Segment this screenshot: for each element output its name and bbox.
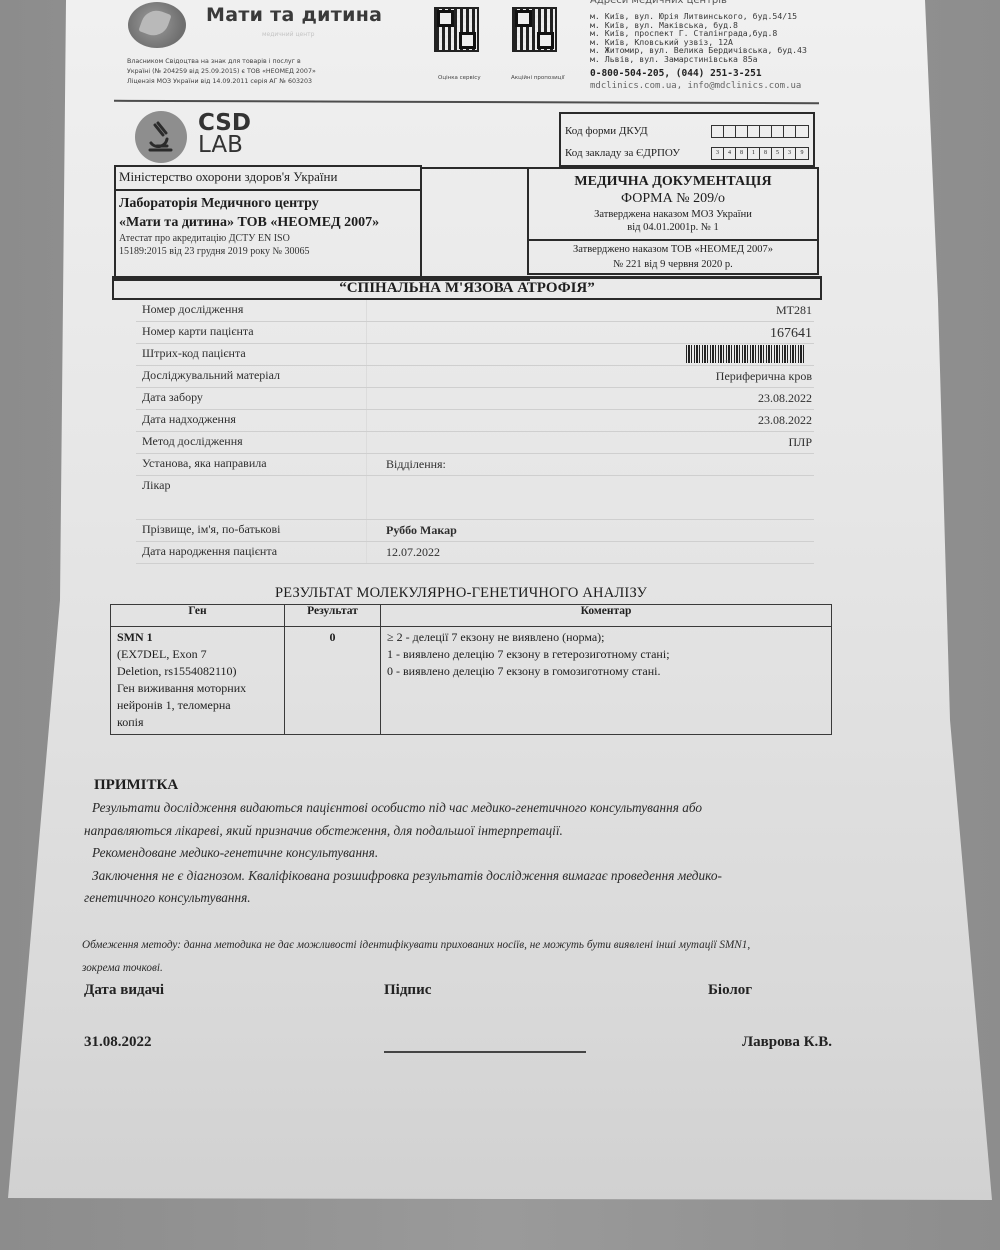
document-title: “СПІНАЛЬНА М'ЯЗОВА АТРОФІЯ” bbox=[112, 276, 822, 300]
code-cell: 1 bbox=[748, 148, 760, 159]
material-value: Периферична кров bbox=[716, 369, 812, 384]
address-item: м. Львів, вул. Замарстинівська 85а bbox=[590, 55, 860, 64]
code-cell bbox=[712, 126, 724, 137]
field-label: Номер карти пацієнта bbox=[142, 324, 254, 339]
code-cell bbox=[736, 126, 748, 137]
info-row-receipt-date: Дата надходження 23.08.2022 bbox=[136, 410, 814, 432]
institution-block: Міністерство охорони здоров'я України Ла… bbox=[114, 165, 422, 281]
info-row-card-number: Номер карти пацієнта 167641 bbox=[136, 322, 814, 344]
field-label: Лікар bbox=[142, 478, 170, 493]
owner-line: Власником Свідоцтва на знак для товарів … bbox=[127, 57, 407, 67]
table-row: SMN 1 (EX7DEL, Exon 7 Deletion, rs155408… bbox=[111, 627, 832, 735]
field-label: Штрих-код пацієнта bbox=[142, 346, 246, 361]
owner-line: Ліцензія МОЗ України від 14.09.2011 сері… bbox=[127, 77, 407, 87]
code-cell: 3 bbox=[784, 148, 796, 159]
qr-caption-offers: Акційні пропозиції bbox=[511, 75, 565, 81]
department-label: Відділення: bbox=[386, 457, 446, 472]
field-label: Дата забору bbox=[142, 390, 203, 405]
field-label: Установа, яка направила bbox=[142, 456, 267, 471]
qr-code-icon[interactable] bbox=[512, 7, 557, 52]
dkud-label: Код форми ДКУД bbox=[565, 125, 648, 137]
lab-name-line: «Мати та дитина» ТОВ «НЕОМЕД 2007» bbox=[119, 213, 417, 232]
column-header-gene: Ген bbox=[111, 605, 285, 627]
biologist-name: Лаврова К.В. bbox=[742, 1034, 832, 1051]
form-info-block: МЕДИЧНА ДОКУМЕНТАЦІЯ ФОРМА № 209/о Затве… bbox=[527, 167, 819, 275]
brand-subtitle: медичний центр bbox=[262, 31, 314, 38]
field-label: Дата народження пацієнта bbox=[142, 544, 277, 559]
gene-detail: Ген виживання моторних bbox=[117, 680, 278, 697]
barcode-icon bbox=[686, 345, 806, 363]
code-cell: 8 bbox=[760, 148, 772, 159]
comment-line: 1 - виявлено делецію 7 екзону в гетерози… bbox=[387, 646, 825, 663]
receipt-date-value: 23.08.2022 bbox=[758, 413, 812, 428]
lab-name: Лабораторія Медичного центру «Мати та ди… bbox=[116, 191, 420, 232]
csd-lab-logo: CSD LAB bbox=[198, 112, 251, 156]
accreditation-line: Атестат про акредитацію ДСТУ EN ISO bbox=[119, 232, 417, 245]
field-label: Номер дослідження bbox=[142, 302, 243, 317]
phone-numbers: 0-800-504-205, (044) 251-3-251 bbox=[590, 68, 762, 79]
qr-caption-service: Оцінка сервісу bbox=[438, 75, 481, 81]
addresses-list: м. Київ, вул. Юрія Литвинського, буд.54/… bbox=[590, 12, 860, 64]
method-limitation: Обмеження методу: данна методика не дає … bbox=[82, 934, 782, 980]
method-value: ПЛР bbox=[789, 435, 812, 450]
gene-detail: нейронів 1, теломерна bbox=[117, 697, 278, 714]
field-label: Досліджувальний матеріал bbox=[142, 368, 280, 383]
code-cell bbox=[748, 126, 760, 137]
code-cell: 3 bbox=[712, 148, 724, 159]
gene-cell: SMN 1 (EX7DEL, Exon 7 Deletion, rs155408… bbox=[111, 627, 285, 735]
info-row-method: Метод дослідження ПЛР bbox=[136, 432, 814, 454]
form-codes-box: Код форми ДКУД Код закладу за ЄДРПОУ 348… bbox=[559, 112, 815, 167]
note-paragraph: Результати дослідження видаються пацієнт… bbox=[84, 797, 744, 842]
study-number-value: MT281 bbox=[776, 303, 812, 318]
note-paragraph: Заключення не є діагнозом. Кваліфікована… bbox=[84, 865, 744, 910]
collection-date-value: 23.08.2022 bbox=[758, 391, 812, 406]
gene-name: SMN 1 bbox=[117, 629, 278, 646]
code-cell bbox=[760, 126, 772, 137]
form-approval-moz: Затверджена наказом МОЗ України bbox=[529, 208, 817, 221]
addresses-title: Адреси медичних центрів bbox=[590, 0, 727, 6]
info-row-study-number: Номер дослідження MT281 bbox=[136, 300, 814, 322]
mother-child-logo-icon bbox=[128, 2, 186, 48]
patient-info-table: Номер дослідження MT281 Номер карти паці… bbox=[136, 300, 814, 564]
document-sheet: Мати та дитина медичний центр Власником … bbox=[0, 0, 1000, 1250]
issue-date-value: 31.08.2022 bbox=[84, 1034, 152, 1051]
birth-date-value: 12.07.2022 bbox=[386, 545, 440, 560]
form-approval-moz-date: від 04.01.2001р. № 1 bbox=[529, 221, 817, 234]
gene-detail: копія bbox=[117, 714, 278, 731]
patient-name-value: Руббо Макар bbox=[386, 523, 457, 538]
info-row-birth-date: Дата народження пацієнта 12.07.2022 bbox=[136, 542, 814, 564]
info-row-doctor: Лікар bbox=[136, 476, 814, 520]
note-paragraph: Рекомендоване медико-генетичне консульту… bbox=[84, 842, 744, 865]
code-cell: 9 bbox=[796, 148, 808, 159]
microscope-icon bbox=[135, 111, 187, 163]
card-number-value: 167641 bbox=[770, 326, 812, 342]
code-cell bbox=[796, 126, 808, 137]
code-cell: 8 bbox=[736, 148, 748, 159]
form-approval-neomed-date: № 221 від 9 червня 2020 р. bbox=[529, 257, 817, 272]
lab-name-line: Лабораторія Медичного центру bbox=[119, 194, 417, 213]
code-cell bbox=[784, 126, 796, 137]
header-divider bbox=[114, 100, 819, 104]
field-label: Метод дослідження bbox=[142, 434, 243, 449]
note-heading: ПРИМІТКА bbox=[94, 777, 178, 794]
field-label: Прізвище, ім'я, по-батькові bbox=[142, 522, 280, 537]
gene-detail: Deletion, rs1554082110) bbox=[117, 663, 278, 680]
form-heading: МЕДИЧНА ДОКУМЕНТАЦІЯ bbox=[529, 173, 817, 190]
field-label: Дата надходження bbox=[142, 412, 236, 427]
issue-date-label: Дата видачі bbox=[84, 982, 164, 999]
logo-line-2: LAB bbox=[198, 132, 243, 158]
dkud-cells bbox=[711, 125, 809, 138]
logo-line-1: CSD bbox=[198, 112, 251, 134]
column-header-result: Результат bbox=[285, 605, 381, 627]
accreditation-line: 15189:2015 від 23 грудня 2019 року № 300… bbox=[119, 245, 417, 258]
code-cell: 5 bbox=[772, 148, 784, 159]
results-table: Ген Результат Коментар SMN 1 (EX7DEL, Ex… bbox=[110, 604, 832, 735]
header-spacer-cell bbox=[420, 167, 530, 281]
biologist-label: Біолог bbox=[708, 982, 752, 999]
edrpou-label: Код закладу за ЄДРПОУ bbox=[565, 147, 680, 159]
owner-line: Україні (№ 204259 від 25.09.2015) є ТОВ … bbox=[127, 67, 407, 77]
signature-label: Підпис bbox=[384, 982, 431, 999]
accreditation: Атестат про акредитацію ДСТУ EN ISO 1518… bbox=[116, 232, 420, 258]
info-row-name: Прізвище, ім'я, по-батькові Руббо Макар bbox=[136, 520, 814, 542]
edrpou-cells: 34818539 bbox=[711, 147, 809, 160]
info-row-barcode: Штрих-код пацієнта bbox=[136, 344, 814, 366]
gene-detail: (EX7DEL, Exon 7 bbox=[117, 646, 278, 663]
comment-line: ≥ 2 - делецiї 7 екзону не виявлено (норм… bbox=[387, 629, 825, 646]
comment-cell: ≥ 2 - делецiї 7 екзону не виявлено (норм… bbox=[381, 627, 832, 735]
results-title: РЕЗУЛЬТАТ МОЛЕКУЛЯРНО-ГЕНЕТИЧНОГО АНАЛІЗ… bbox=[275, 585, 647, 602]
info-row-collection-date: Дата забору 23.08.2022 bbox=[136, 388, 814, 410]
note-text: Результати дослідження видаються пацієнт… bbox=[84, 797, 744, 910]
qr-code-icon[interactable] bbox=[434, 7, 479, 52]
form-number: ФОРМА № 209/о bbox=[529, 190, 817, 208]
trademark-owner-note: Власником Свідоцтва на знак для товарів … bbox=[127, 57, 407, 87]
signature-line bbox=[384, 1051, 586, 1053]
result-value: 0 bbox=[285, 627, 381, 735]
column-header-comment: Коментар bbox=[381, 605, 832, 627]
ministry-name: Міністерство охорони здоров'я України bbox=[116, 167, 420, 191]
code-cell bbox=[772, 126, 784, 137]
code-cell: 4 bbox=[724, 148, 736, 159]
form-approval-neomed: Затверджено наказом ТОВ «НЕОМЕД 2007» bbox=[529, 242, 817, 257]
info-row-institution: Установа, яка направила Відділення: bbox=[136, 454, 814, 476]
brand-title: Мати та дитина bbox=[206, 4, 382, 26]
comment-line: 0 - виявлено делецію 7 екзону в гомозиго… bbox=[387, 663, 825, 680]
website-email: mdclinics.com.ua, info@mdclinics.com.ua bbox=[590, 81, 801, 91]
code-cell bbox=[724, 126, 736, 137]
info-row-material: Досліджувальний матеріал Периферична кро… bbox=[136, 366, 814, 388]
